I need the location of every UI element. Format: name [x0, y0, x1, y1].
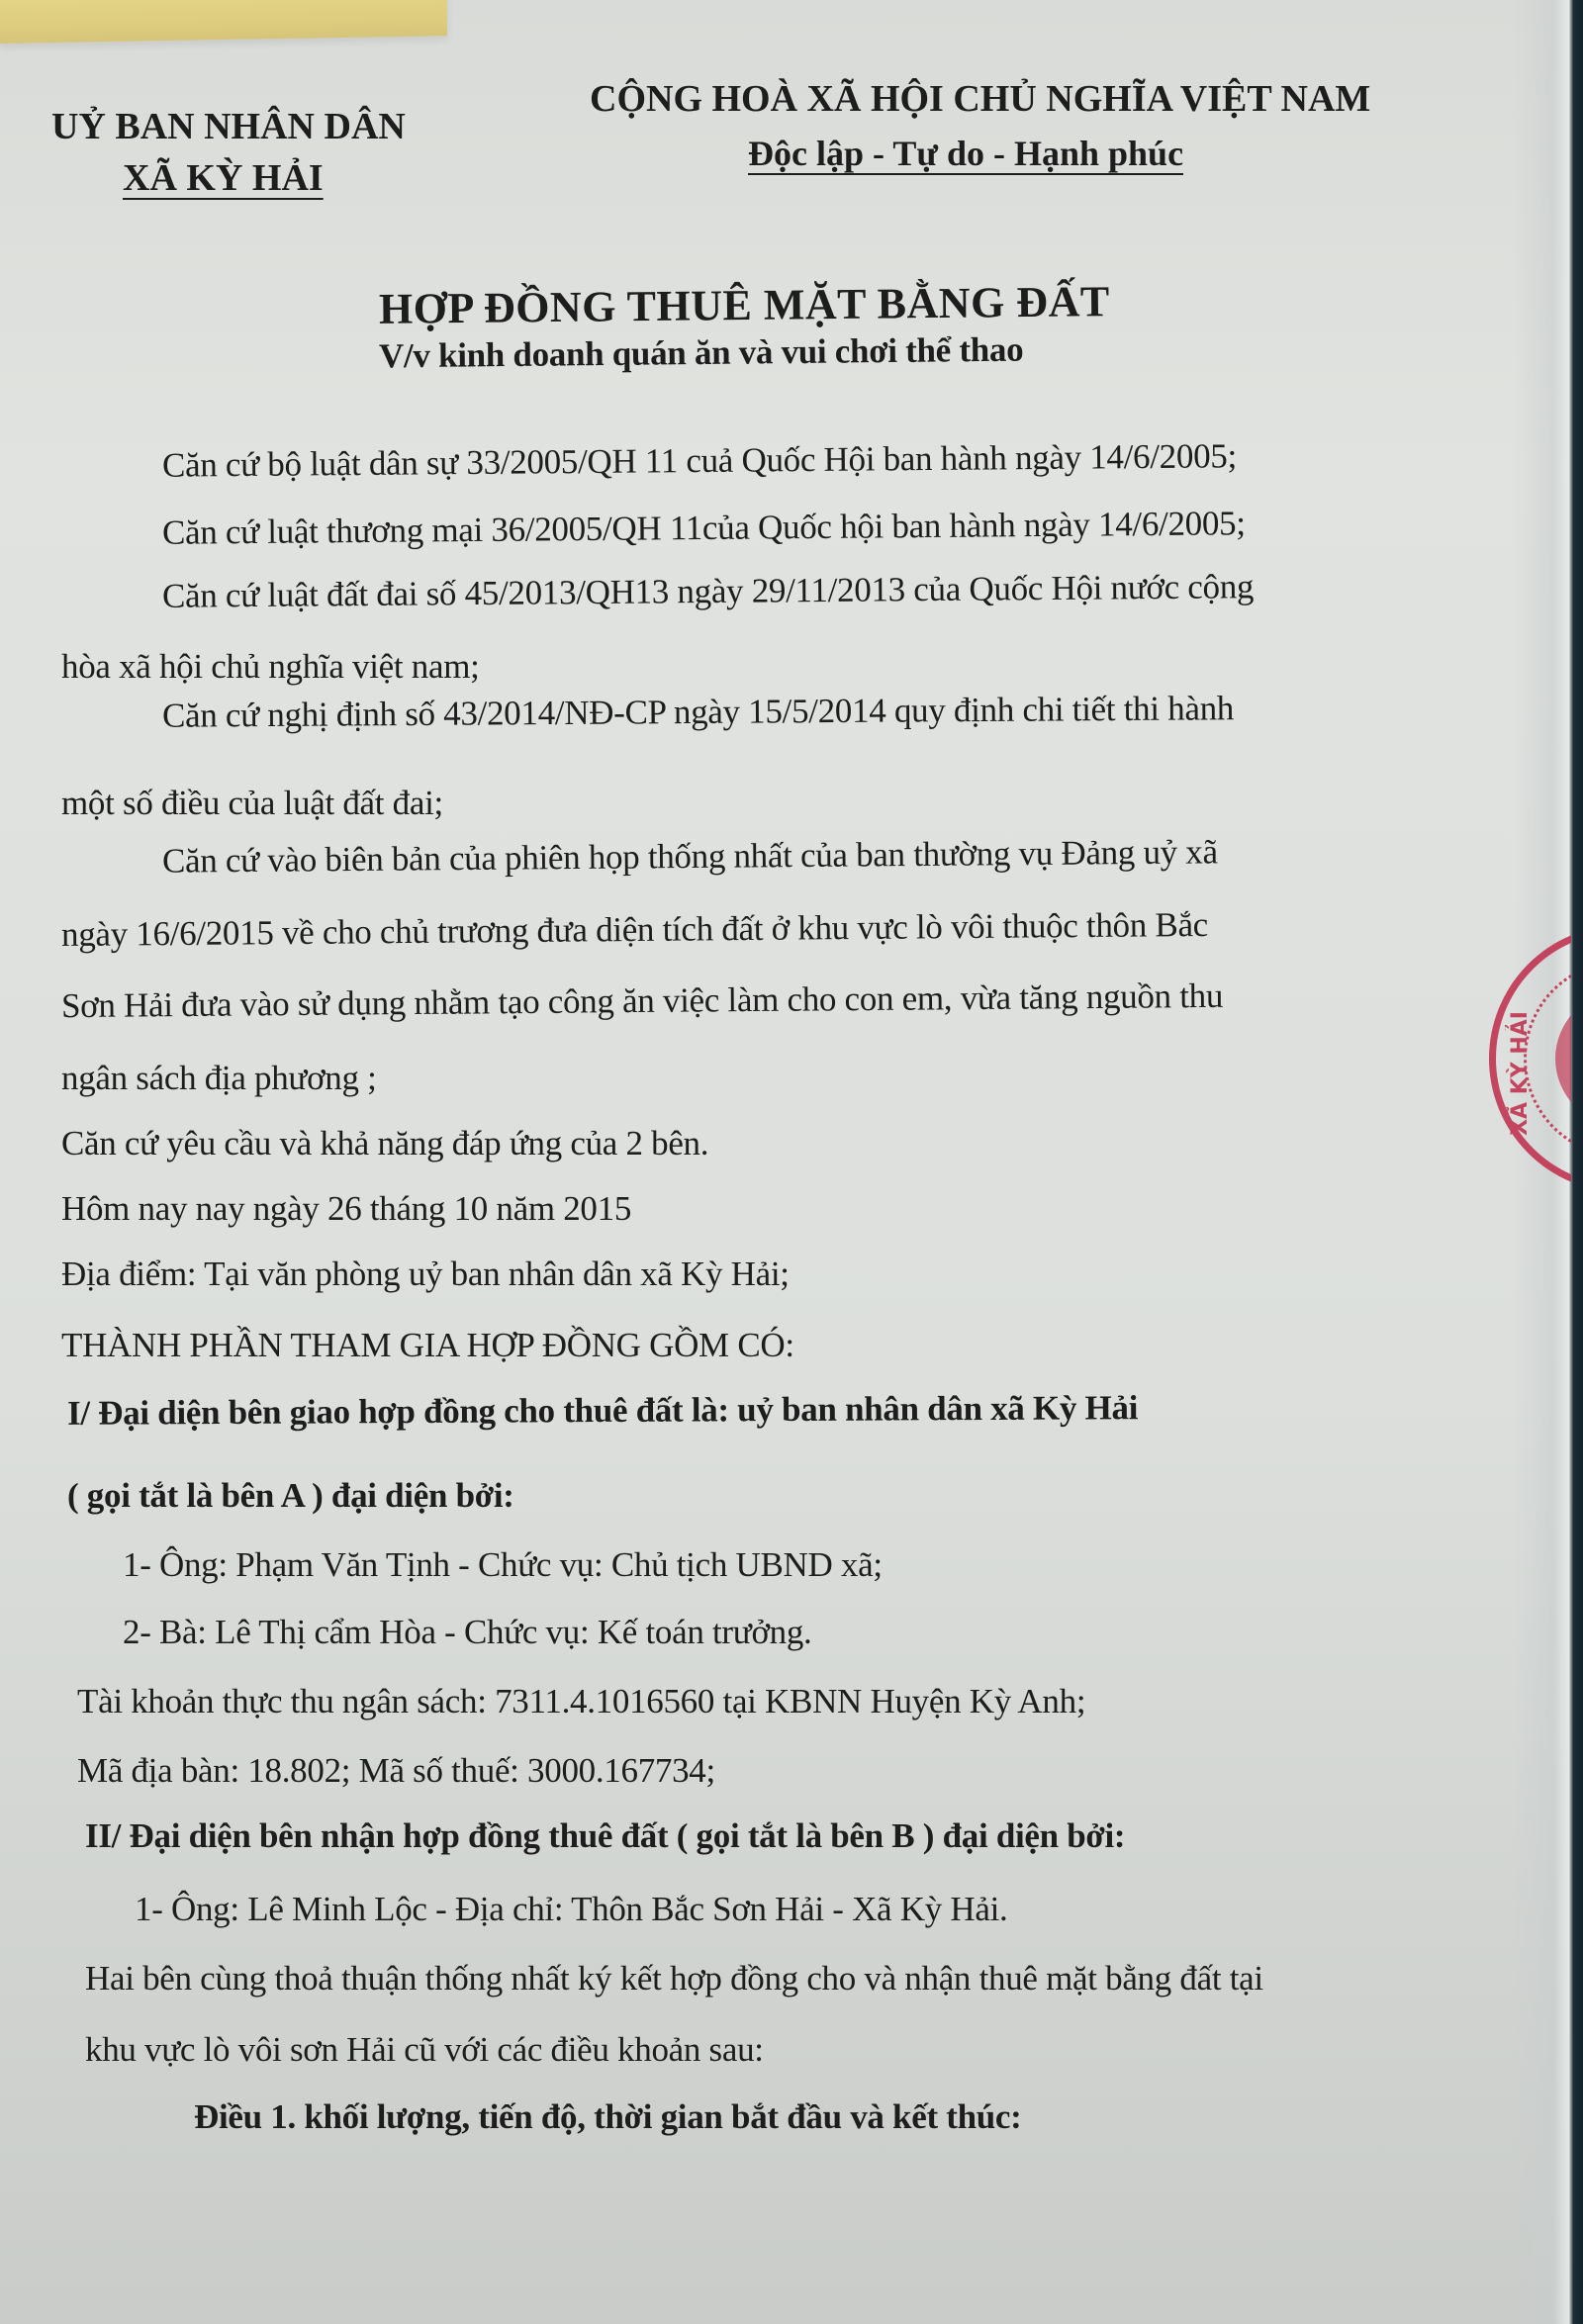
page-edge-shadow — [1569, 0, 1583, 2324]
stamp-text: XÃ KỲ HẢI — [1508, 1011, 1533, 1136]
official-stamp: XÃ KỲ HẢI — [1489, 925, 1571, 1192]
stamp-clip: XÃ KỲ HẢI — [0, 0, 1571, 2324]
